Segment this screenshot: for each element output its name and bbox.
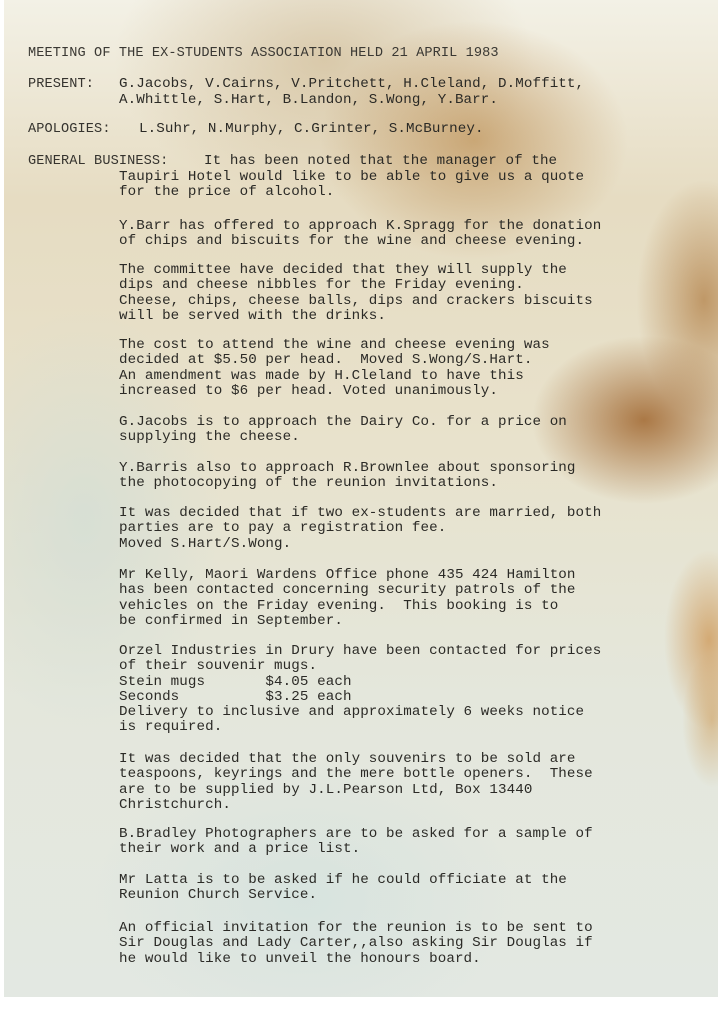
business-item: Orzel Industries in Drury have been cont… xyxy=(119,644,601,736)
business-item: The cost to attend the wine and cheese e… xyxy=(119,338,550,399)
apologies-label: APOLOGIES: xyxy=(28,122,111,137)
business-item: Mr Kelly, Maori Wardens Office phone 435… xyxy=(119,568,576,629)
business-item: Mr Latta is to be asked if he could offi… xyxy=(119,873,567,904)
general-business-first-line: It has been noted that the manager of th… xyxy=(204,154,557,169)
business-item: Y.Barris also to approach R.Brownlee abo… xyxy=(119,461,576,492)
meeting-minutes-document: MEETING OF THE EX-STUDENTS ASSOCIATION H… xyxy=(0,0,723,1024)
business-item: It was decided that the only souvenirs t… xyxy=(119,752,593,813)
business-item: Taupiri Hotel would like to be able to g… xyxy=(119,170,584,201)
business-item: Y.Barr has offered to approach K.Spragg … xyxy=(119,219,601,250)
present-line: G.Jacobs, V.Cairns, V.Pritchett, H.Clela… xyxy=(119,77,584,92)
apologies-text: L.Suhr, N.Murphy, C.Grinter, S.McBurney. xyxy=(139,122,484,137)
business-item: B.Bradley Photographers are to be asked … xyxy=(119,827,593,858)
document-title: MEETING OF THE EX-STUDENTS ASSOCIATION H… xyxy=(28,46,499,61)
business-item: The committee have decided that they wil… xyxy=(119,263,593,324)
general-business-label: GENERAL BUSINESS: xyxy=(28,154,168,169)
business-item: It was decided that if two ex-students a… xyxy=(119,506,601,552)
present-line: A.Whittle, S.Hart, B.Landon, S.Wong, Y.B… xyxy=(119,93,498,108)
present-label: PRESENT: xyxy=(28,77,94,92)
business-item: An official invitation for the reunion i… xyxy=(119,921,593,967)
business-item: G.Jacobs is to approach the Dairy Co. fo… xyxy=(119,415,567,446)
